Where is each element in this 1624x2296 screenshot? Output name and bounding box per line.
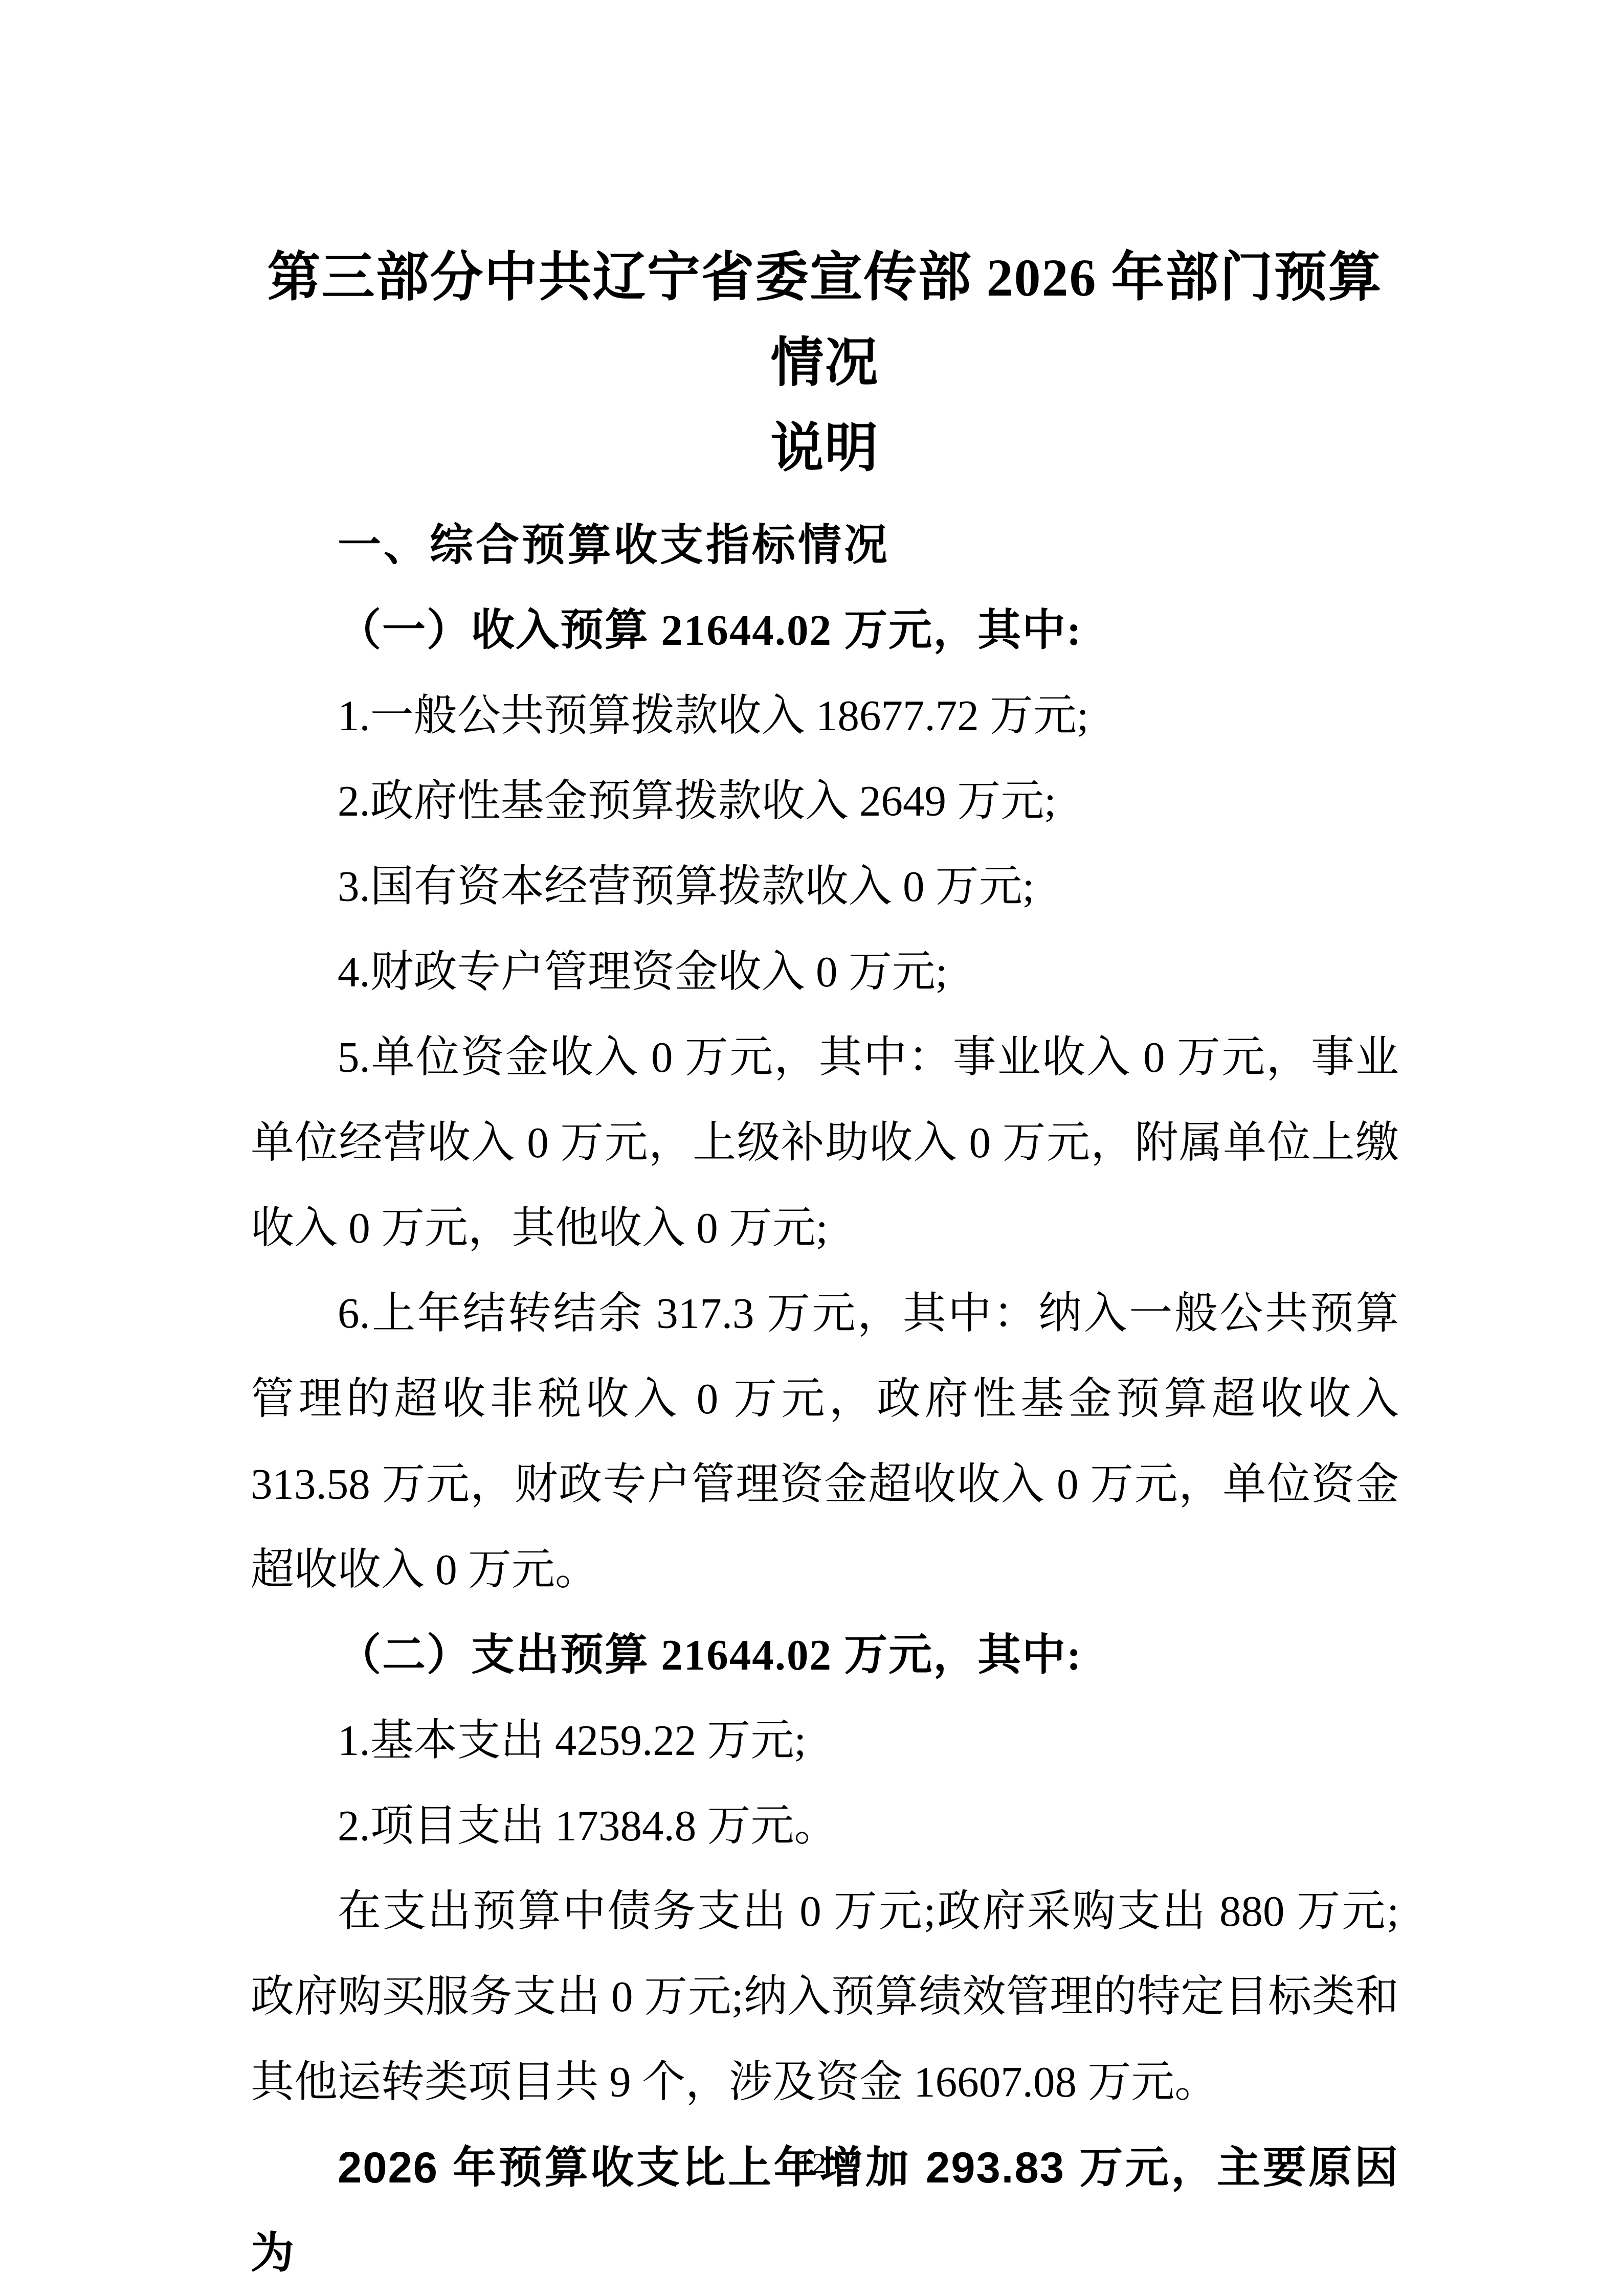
- document-page: 第三部分中共辽宁省委宣传部 2026 年部门预算情况 说明 一、综合预算收支指标…: [0, 0, 1624, 2296]
- document-title: 第三部分中共辽宁省委宣传部 2026 年部门预算情况 说明: [251, 235, 1399, 491]
- para-expenditure-item-1-basic: 1.基本支出 4259.22 万元;: [251, 1698, 1399, 1784]
- document-content: 第三部分中共辽宁省委宣传部 2026 年部门预算情况 说明 一、综合预算收支指标…: [251, 0, 1399, 2296]
- para-expenditure-budget-total: （二）支出预算 21644.02 万元，其中:: [251, 1613, 1399, 1698]
- para-income-budget-total: （一）收入预算 21644.02 万元，其中:: [251, 588, 1399, 673]
- para-expenditure-item-2-project: 2.项目支出 17384.8 万元。: [251, 1784, 1399, 1869]
- para-income-item-3-state-capital: 3.国有资本经营预算拨款收入 0 万元;: [251, 844, 1399, 930]
- para-income-item-4-fiscal-accounts: 4.财政专户管理资金收入 0 万元;: [251, 930, 1399, 1015]
- section-heading-comprehensive-budget: 一、综合预算收支指标情况: [251, 503, 1399, 588]
- para-expenditure-details: 在支出预算中债务支出 0 万元;政府采购支出 880 万元;政府购买服务支出 0…: [251, 1869, 1399, 2125]
- para-income-item-1-general-public-budget: 1.一般公共预算拨款收入 18677.72 万元;: [251, 673, 1399, 759]
- page-number: 12: [0, 2149, 1624, 2179]
- para-income-item-2-government-funds: 2.政府性基金预算拨款收入 2649 万元;: [251, 759, 1399, 844]
- para-income-item-5-unit-funds: 5.单位资金收入 0 万元，其中：事业收入 0 万元，事业单位经营收入 0 万元…: [251, 1015, 1399, 1271]
- document-title-line-2: 说明: [251, 406, 1399, 491]
- document-title-line-1: 第三部分中共辽宁省委宣传部 2026 年部门预算情况: [251, 235, 1399, 406]
- para-income-item-6-carryover-balance: 6.上年结转结余 317.3 万元，其中：纳入一般公共预算管理的超收非税收入 0…: [251, 1271, 1399, 1613]
